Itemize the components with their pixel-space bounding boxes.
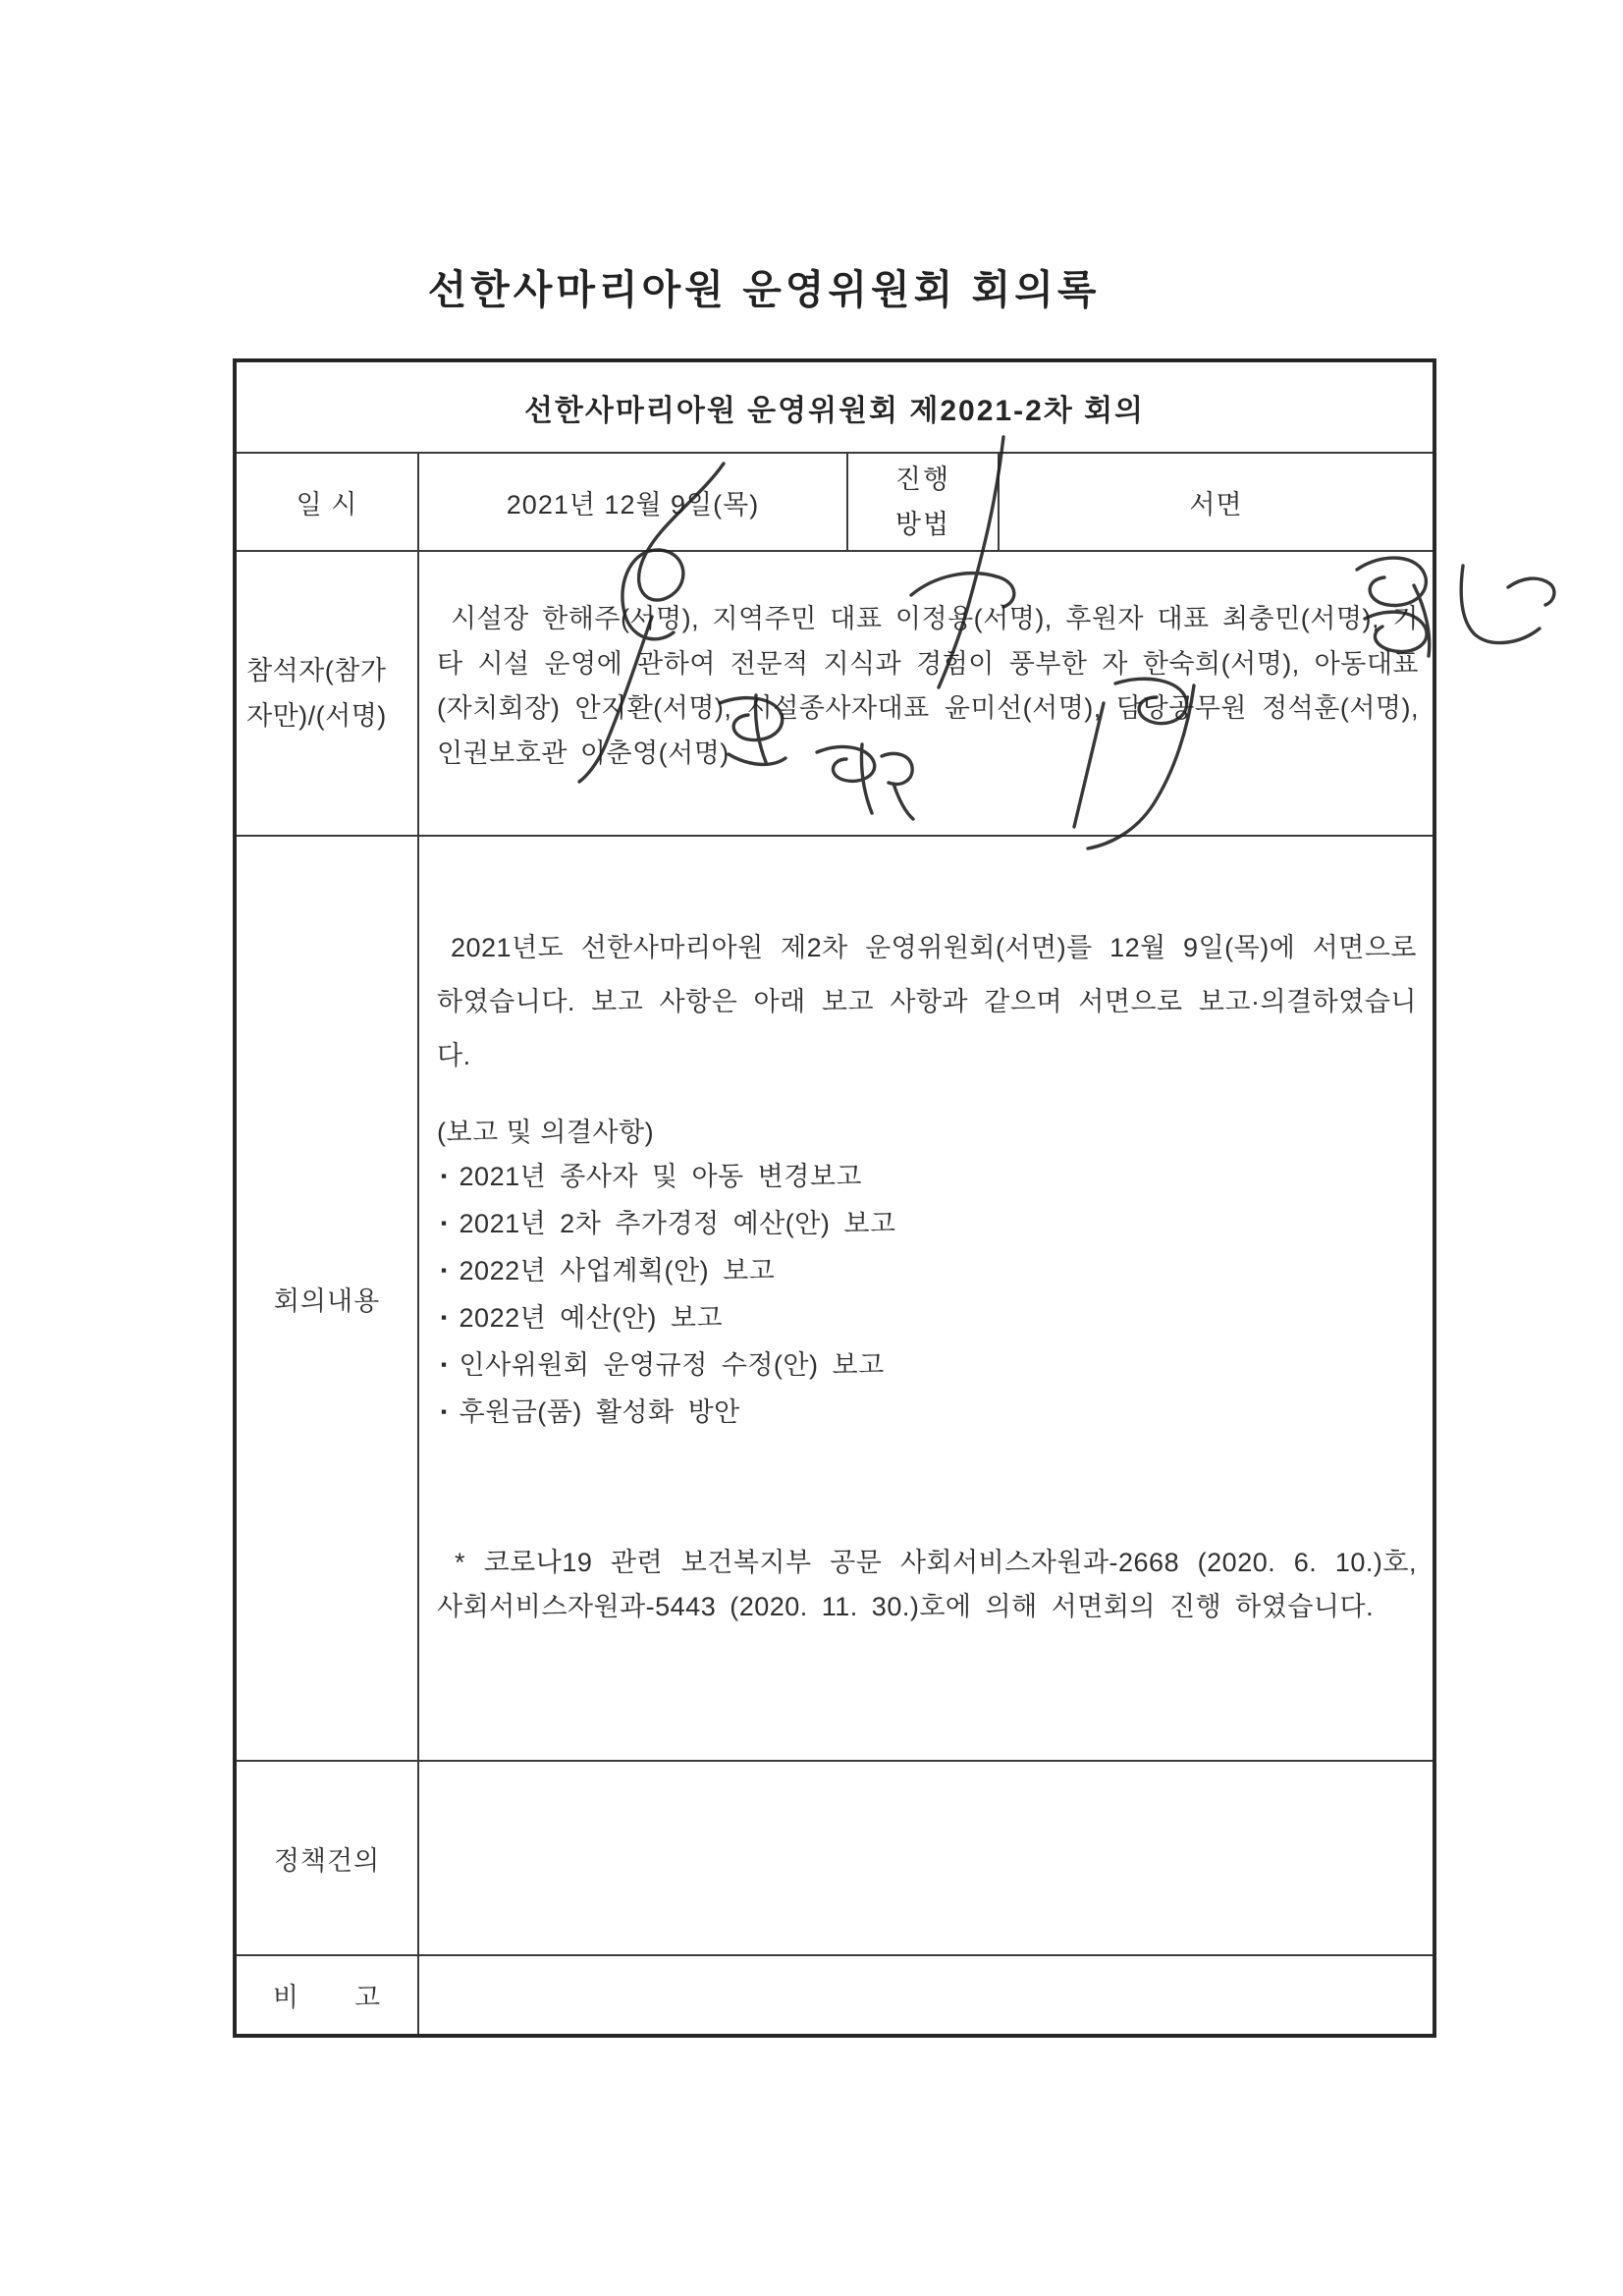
agenda-item-text: 2022년 사업계획(안) 보고	[460, 1249, 776, 1293]
scanned-meeting-minutes-page: { "page": { "title": "선한사마리아원 운영위원회 회의록"…	[0, 0, 1623, 2296]
bullet-icon: ▪	[441, 1342, 448, 1387]
agenda-item: ▪ 2022년 예산(안) 보고	[437, 1296, 1417, 1343]
agenda-item-text: 2022년 예산(안) 보고	[460, 1296, 724, 1340]
method-label: 진행 방법	[846, 452, 998, 550]
agenda-item: ▪ 후원금(품) 활성화 방안	[437, 1391, 1417, 1438]
content-cell: 2021년도 선한사마리아원 제2차 운영위원회(서면)를 12월 9일(목)에…	[417, 835, 1433, 1760]
remarks-content	[417, 1954, 1433, 2034]
remarks-label: 비 고	[237, 1954, 417, 2034]
date-value: 2021년 12월 9일(목)	[417, 452, 846, 550]
page-title: 선한사마리아원 운영위원회 회의록	[0, 257, 1528, 315]
bullet-icon: ▪	[441, 1295, 448, 1339]
bullet-icon: ▪	[441, 1154, 448, 1198]
bullet-icon: ▪	[441, 1201, 448, 1245]
policy-label: 정책건의	[237, 1760, 417, 1954]
date-label: 일 시	[237, 452, 417, 550]
agenda-item-text: 2021년 2차 추가경정 예산(안) 보고	[460, 1202, 896, 1246]
content-label: 회의내용	[237, 835, 417, 1760]
signature-choichungmin-extra-mark	[1461, 566, 1554, 643]
bullet-icon: ▪	[441, 1248, 448, 1292]
attendees-label: 참석자(참가자만)/(서명)	[237, 550, 417, 835]
agenda-item: ▪ 2021년 종사자 및 아동 변경보고	[437, 1155, 1417, 1202]
agenda-item: ▪ 인사위원회 운영규정 수정(안) 보고	[437, 1343, 1417, 1391]
content-intro: 2021년도 선한사마리아원 제2차 운영위원회(서면)를 12월 9일(목)에…	[437, 921, 1417, 1083]
bullet-icon: ▪	[441, 1390, 448, 1434]
agenda-item-text: 2021년 종사자 및 아동 변경보고	[460, 1155, 862, 1199]
agenda-item: ▪ 2021년 2차 추가경정 예산(안) 보고	[437, 1202, 1417, 1249]
agenda-item-text: 후원금(품) 활성화 방안	[460, 1391, 740, 1435]
method-label-line1: 진행	[895, 457, 950, 502]
attendees-text: 시설장 한해주(서명), 지역주민 대표 이정용(서명), 후원자 대표 최충민…	[417, 550, 1433, 835]
agenda-item-text: 인사위원회 운영규정 수정(안) 보고	[460, 1343, 885, 1388]
meeting-minutes-table: 선한사마리아원 운영위원회 제2021-2차 회의 일 시 2021년 12월 …	[233, 358, 1436, 2038]
policy-content	[417, 1760, 1433, 1954]
method-label-line2: 방법	[895, 502, 950, 547]
agenda-heading: (보고 및 의결사항)	[437, 1111, 1417, 1155]
content-note: * 코로나19 관련 보건복지부 공문 사회서비스자원과-2668 (2020.…	[437, 1541, 1417, 1629]
agenda-list: ▪ 2021년 종사자 및 아동 변경보고 ▪ 2021년 2차 추가경정 예산…	[437, 1155, 1417, 1438]
method-value: 서면	[998, 452, 1433, 550]
table-header-title: 선한사마리아원 운영위원회 제2021-2차 회의	[237, 362, 1433, 452]
attendees-label-text: 참석자(참가자만)/(서명)	[237, 648, 408, 738]
agenda-item: ▪ 2022년 사업계획(안) 보고	[437, 1249, 1417, 1296]
